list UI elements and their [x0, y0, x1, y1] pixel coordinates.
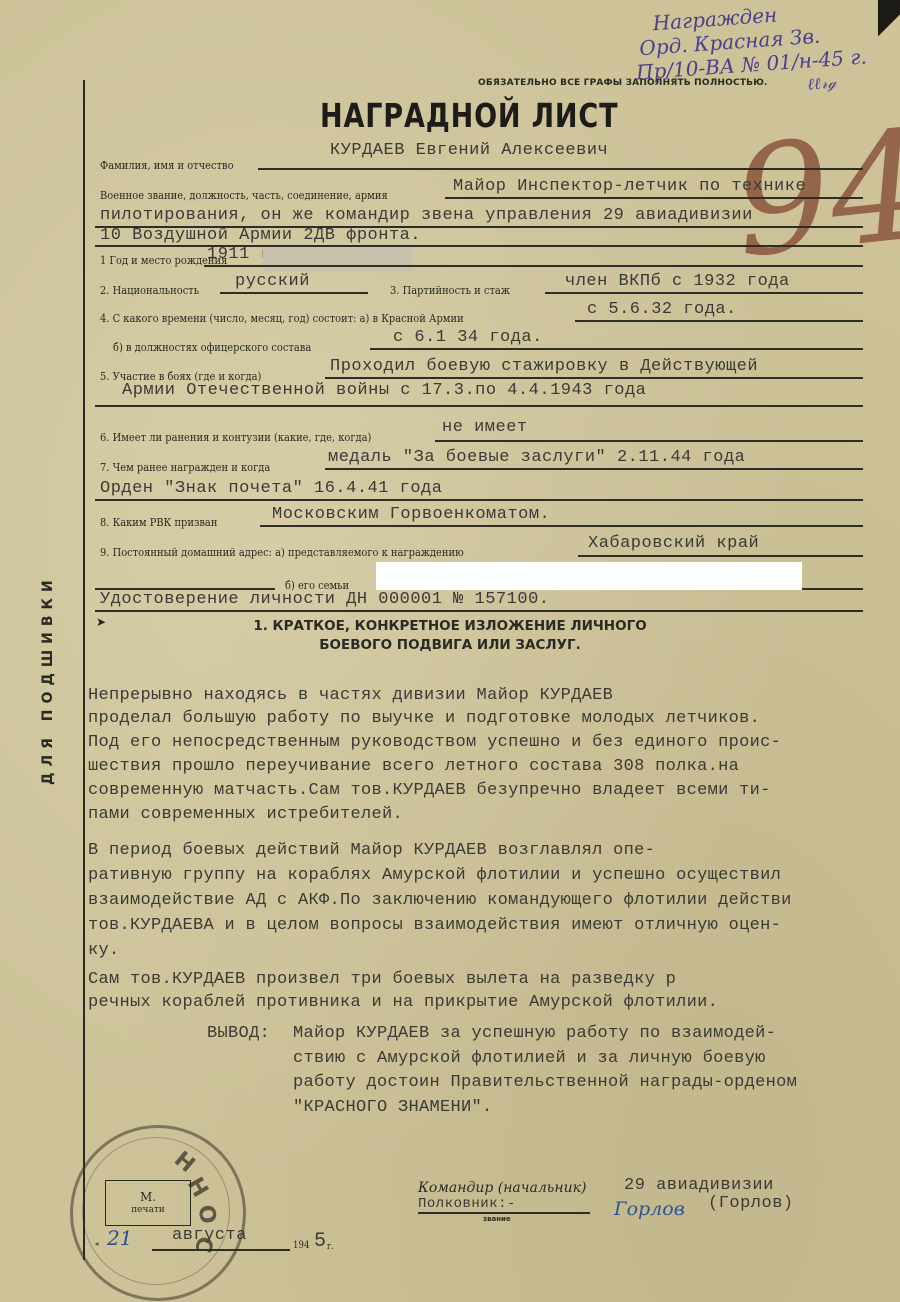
date-day: 21: [107, 1226, 132, 1250]
combat-value-line-1: Проходил боевую стажировку в Действующей: [330, 357, 758, 376]
narrative-line: шествия прошло переучивание всего летног…: [88, 757, 739, 776]
rule: [418, 1212, 590, 1214]
page-title: НАГРАДНОЙ ЛИСТ: [320, 96, 618, 135]
red-army-label: 4. С какого времени (число, месяц, год) …: [100, 311, 464, 325]
date-year-prefix: 194: [293, 1240, 309, 1251]
address-label: 9. Постоянный домашний адрес: а) предста…: [100, 545, 464, 559]
narrative-line: Под его непосредственным руководством ус…: [88, 733, 781, 752]
rule: [260, 525, 863, 527]
fill-notice: ОБЯЗАТЕЛЬНО ВСЕ ГРАФЫ ЗАПОЛНЯТЬ ПОЛНОСТЬ…: [478, 78, 768, 88]
officer-since-label: б) в должностях офицерского состава: [113, 340, 311, 354]
id-document-line: Удостоверение личности ДН 000001 № 15710…: [100, 590, 549, 609]
date-prefix: «: [95, 1240, 100, 1248]
date-year-suffix: 5: [314, 1230, 327, 1253]
narrative-line: Сам тов.КУРДАЕВ произвел три боевых выле…: [88, 970, 676, 989]
rule: [545, 292, 863, 294]
conscription-label: 8. Каким РВК призван: [100, 515, 217, 529]
rule: [95, 405, 863, 407]
rank-caption: звание: [483, 1215, 511, 1223]
commander-rank: Полковник:-: [418, 1196, 516, 1212]
redacted-birthplace: [263, 247, 413, 271]
conscription-value: Московским Горвоенкоматом.: [272, 505, 550, 524]
rank-value-line-1: Майор Инспектор-летчик по технике: [453, 177, 806, 196]
wounds-value: не имеет: [442, 418, 528, 437]
party-value: член ВКПб с 1932 года: [565, 272, 790, 291]
nationality-value: русский: [235, 272, 310, 291]
rule: [220, 292, 368, 294]
rule: [258, 168, 863, 170]
commander-signature: Горлов: [614, 1198, 685, 1220]
rule: [370, 348, 863, 350]
rule: [204, 265, 863, 267]
rule: [325, 377, 863, 379]
wounds-label: 6. Имеет ли ранения и контузии (какие, г…: [100, 430, 371, 444]
seal-label-m: М.: [140, 1190, 156, 1204]
rule: [578, 555, 863, 557]
narrative-line: речных кораблей противника и на прикрыти…: [88, 993, 718, 1012]
narrative-line: пами современных истребителей.: [88, 805, 403, 824]
previous-awards-line-1: медаль "За боевые заслуги" 2.11.44 года: [328, 448, 745, 467]
conclusion-line: "КРАСНОГО ЗНАМЕНИ".: [293, 1098, 493, 1117]
rank-value-line-3: 10 Воздушной Армии 2ДВ фронта.: [100, 226, 421, 245]
section-heading-line-2: БОЕВОГО ПОДВИГА ИЛИ ЗАСЛУГ.: [0, 637, 900, 653]
rule: [95, 499, 863, 501]
full-name-value: КУРДАЕВ Евгений Алексеевич: [330, 141, 608, 160]
redacted-family-address: [376, 562, 802, 590]
rule: [435, 440, 863, 442]
narrative-line: В период боевых действий Майор КУРДАЕВ в…: [88, 841, 655, 860]
narrative-line: тов.КУРДАЕВА и в целом вопросы взаимодей…: [88, 916, 781, 935]
nationality-label: 2. Национальность: [100, 283, 199, 297]
birth-year-value: 1911 г: [207, 245, 271, 264]
conclusion-line: работу достоин Правительственной награды…: [293, 1073, 797, 1092]
rule: [95, 610, 863, 612]
previous-awards-label: 7. Чем ранее награжден и когда: [100, 460, 270, 474]
narrative-line: ративную группу на кораблях Амурской фло…: [88, 866, 781, 885]
party-label: 3. Партийность и стаж: [390, 283, 510, 297]
conclusion-line: ствию с Амурской флотилией и за личную б…: [293, 1049, 766, 1068]
rule: [445, 197, 863, 199]
binding-label: ДЛЯ ПОДШИВКИ: [40, 570, 70, 790]
rule: [152, 1249, 290, 1251]
date-month: августа: [172, 1226, 247, 1245]
rank-value-line-2: пилотирования, он же командир звена упра…: [100, 206, 753, 225]
rule: [325, 468, 863, 470]
rank-label: Военное звание, должность, часть, соедин…: [100, 188, 388, 202]
date-year-unit: г.: [327, 1242, 334, 1252]
narrative-line: взаимодействие АД с АКФ.По заключению ко…: [88, 891, 792, 910]
red-army-value: с 5.6.32 года.: [587, 300, 737, 319]
conclusion-label: ВЫВОД:: [207, 1024, 270, 1043]
conclusion-line: Майор КУРДАЕВ за успешную работу по взаи…: [293, 1024, 776, 1043]
binding-margin-line: [83, 80, 85, 1260]
full-name-label: Фамилия, имя и отчество: [100, 158, 234, 172]
narrative-line: Непрерывно находясь в частях дивизии Май…: [88, 686, 613, 705]
commander-name-typed: (Горлов): [708, 1194, 794, 1213]
rule: [575, 320, 863, 322]
seal-label-pechati: печати: [131, 1204, 165, 1216]
narrative-line: ку.: [88, 941, 120, 960]
seal-placeholder-box: М. печати: [105, 1180, 191, 1226]
address-value: Хабаровский край: [588, 534, 759, 553]
commander-label: Командир (начальник): [418, 1180, 586, 1196]
section-heading-line-1: 1. КРАТКОЕ, КОНКРЕТНОЕ ИЗЛОЖЕНИЕ ЛИЧНОГО: [0, 618, 900, 634]
narrative-line: современную матчасть.Сам тов.КУРДАЕВ без…: [88, 781, 771, 800]
previous-awards-line-2: Орден "Знак почета" 16.4.41 года: [100, 479, 442, 498]
rule: [802, 588, 863, 590]
combat-value-line-2: Армии Отечественной войны с 17.3.по 4.4.…: [122, 381, 646, 400]
officer-since-value: с 6.1 34 года.: [393, 328, 543, 347]
narrative-line: проделал большую работу по выучке и подг…: [88, 709, 760, 728]
commander-unit: 29 авиадивизии: [624, 1176, 774, 1195]
